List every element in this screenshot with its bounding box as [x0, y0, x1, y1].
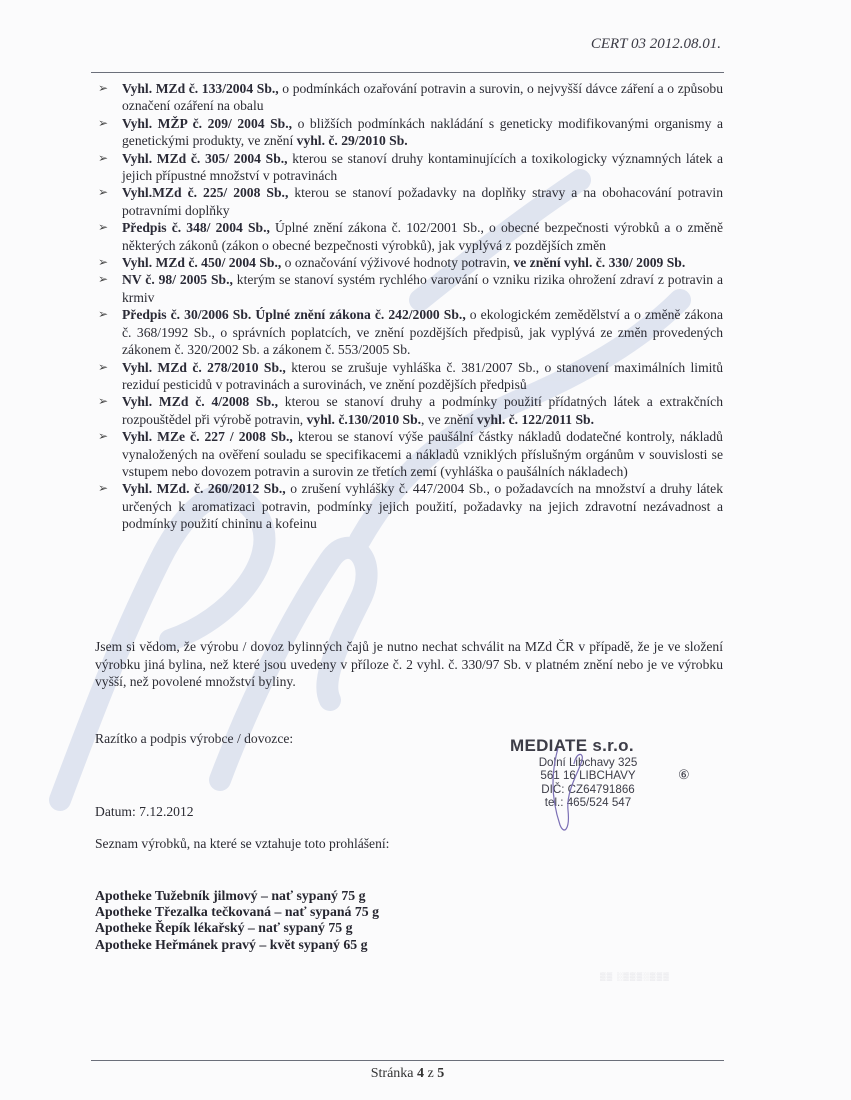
header-rule: [91, 72, 724, 73]
footer-rule: [91, 1060, 724, 1061]
legislation-reference: Předpis č. 348/ 2004 Sb.,: [122, 220, 270, 235]
legislation-item: ➢Vyhl. MZd č. 450/ 2004 Sb., o označován…: [95, 254, 723, 271]
arrow-bullet-icon: ➢: [98, 393, 108, 410]
product-list: Apotheke Tužebník jilmový – nať sypaný 7…: [95, 888, 379, 953]
stamp-number-mark: ⑥: [678, 767, 690, 783]
product-item: Apotheke Třezalka tečkovaná – nať sypaná…: [95, 904, 379, 920]
document-reference: CERT 03 2012.08.01.: [591, 36, 721, 53]
legislation-item: ➢Vyhl. MZd č. 278/2010 Sb., kterou se zr…: [95, 359, 723, 394]
legislation-reference: ve znění vyhl. č. 330/ 2009 Sb.: [513, 255, 685, 270]
signature-stroke: [540, 740, 600, 840]
legislation-reference: Vyhl. MZd č. 4/2008 Sb.,: [122, 394, 278, 409]
page-sep: z: [424, 1066, 437, 1081]
legislation-reference: Vyhl. MZd č. 133/2004 Sb.,: [122, 81, 279, 96]
legislation-item: ➢NV č. 98/ 2005 Sb., kterým se stanoví s…: [95, 271, 723, 306]
faint-stamp-residue: ▒▒ ░▒▒▒░▒▒▒: [600, 972, 670, 981]
products-intro: Seznam výrobků, na které se vztahuje tot…: [95, 836, 389, 852]
legislation-reference: vyhl. č. 29/2010 Sb.: [297, 133, 408, 148]
legislation-item: ➢Vyhl. MŽP č. 209/ 2004 Sb., o bližších …: [95, 115, 723, 150]
arrow-bullet-icon: ➢: [98, 115, 108, 132]
arrow-bullet-icon: ➢: [98, 428, 108, 445]
legislation-item: ➢Vyhl. MZe č. 227 / 2008 Sb., kterou se …: [95, 428, 723, 480]
arrow-bullet-icon: ➢: [98, 80, 108, 97]
legislation-reference: NV č. 98/ 2005 Sb.,: [122, 272, 233, 287]
legislation-item: ➢Předpis č. 348/ 2004 Sb., Úplné znění z…: [95, 219, 723, 254]
page-prefix: Stránka: [371, 1066, 417, 1081]
arrow-bullet-icon: ➢: [98, 306, 108, 323]
arrow-bullet-icon: ➢: [98, 150, 108, 167]
date-field: Datum: 7.12.2012: [95, 804, 194, 820]
arrow-bullet-icon: ➢: [98, 219, 108, 236]
arrow-bullet-icon: ➢: [98, 480, 108, 497]
legislation-reference: vyhl. č. 122/2011 Sb.: [477, 412, 594, 427]
legislation-item: ➢Vyhl. MZd č. 4/2008 Sb., kterou se stan…: [95, 393, 723, 428]
stamp-signature-label: Razítko a podpis výrobce / dovozce:: [95, 731, 293, 747]
legislation-reference: Vyhl.MZd č. 225/ 2008 Sb.,: [122, 185, 288, 200]
legislation-reference: Vyhl. MZe č. 227 / 2008 Sb.,: [122, 429, 293, 444]
legislation-reference: Vyhl. MZd. č. 260/2012 Sb.,: [122, 481, 286, 496]
arrow-bullet-icon: ➢: [98, 359, 108, 376]
product-item: Apotheke Tužebník jilmový – nať sypaný 7…: [95, 888, 379, 904]
arrow-bullet-icon: ➢: [98, 254, 108, 271]
legislation-reference: Předpis č. 30/2006 Sb. Úplné znění zákon…: [122, 307, 466, 322]
legislation-reference: Vyhl. MZd č. 450/ 2004 Sb.,: [122, 255, 281, 270]
legislation-item: ➢Vyhl. MZd. č. 260/2012 Sb., o zrušení v…: [95, 480, 723, 532]
legislation-reference: vyhl. č.130/2010 Sb.: [307, 412, 421, 427]
arrow-bullet-icon: ➢: [98, 271, 108, 288]
page-total: 5: [437, 1066, 444, 1081]
page-current: 4: [417, 1066, 424, 1081]
legislation-item: ➢Vyhl. MZd č. 133/2004 Sb., o podmínkách…: [95, 80, 723, 115]
legislation-reference: Vyhl. MZd č. 278/2010 Sb.,: [122, 360, 286, 375]
product-item: Apotheke Heřmánek pravý – květ sypaný 65…: [95, 937, 379, 953]
legislation-reference: Vyhl. MŽP č. 209/ 2004 Sb.,: [122, 116, 292, 131]
legislation-item: ➢Předpis č. 30/2006 Sb. Úplné znění záko…: [95, 306, 723, 358]
product-item: Apotheke Řepík lékařský – nať sypaný 75 …: [95, 920, 379, 936]
legislation-item: ➢Vyhl. MZd č. 305/ 2004 Sb., kterou se s…: [95, 150, 723, 185]
legislation-reference: Vyhl. MZd č. 305/ 2004 Sb.,: [122, 151, 288, 166]
page-number: Stránka 4 z 5: [0, 1066, 815, 1082]
legislation-item: ➢Vyhl.MZd č. 225/ 2008 Sb., kterou se st…: [95, 184, 723, 219]
legislation-list: ➢Vyhl. MZd č. 133/2004 Sb., o podmínkách…: [95, 80, 723, 533]
statement-paragraph: Jsem si vědom, že výrobu / dovoz bylinný…: [95, 638, 723, 691]
arrow-bullet-icon: ➢: [98, 184, 108, 201]
